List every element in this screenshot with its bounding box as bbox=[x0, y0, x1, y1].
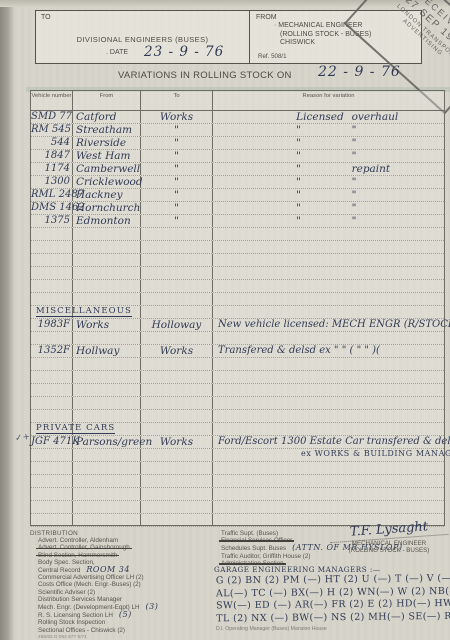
cell-from bbox=[73, 241, 141, 253]
cell-vehicle bbox=[31, 332, 73, 344]
cell-from: Hornchurch bbox=[73, 202, 141, 214]
table-row: DMS 1462Hornchurch""" bbox=[31, 202, 444, 215]
cell-to: " bbox=[141, 189, 213, 201]
cell-vehicle bbox=[31, 371, 73, 383]
cell-from: West Ham bbox=[73, 150, 141, 162]
cell-from: Hollway bbox=[73, 345, 141, 357]
table-row bbox=[31, 332, 444, 345]
reason-continuation: ex WORKS & BUILDING MANAGER bbox=[301, 448, 450, 460]
cell-to bbox=[141, 501, 213, 513]
form-title: VARIATIONS IN ROLLING STOCK ON bbox=[118, 70, 292, 81]
cell-reason: New vehicle licensed: MECH ENGR (R/STOCK… bbox=[213, 319, 444, 331]
cell-to: " bbox=[141, 124, 213, 136]
reason-part-b: " bbox=[352, 176, 357, 188]
cell-from bbox=[73, 475, 141, 487]
cell-to: " bbox=[141, 163, 213, 175]
header-divider bbox=[249, 11, 250, 63]
cell-from bbox=[73, 397, 141, 409]
distribution-list-left: DISTRIBUTIONAdvert. Controller, Aldenham… bbox=[30, 530, 215, 640]
cell-from bbox=[73, 371, 141, 383]
cell-vehicle bbox=[31, 449, 73, 461]
cell-vehicle: RML 2487 bbox=[31, 189, 73, 201]
table-row bbox=[31, 228, 444, 241]
cell-from bbox=[73, 267, 141, 279]
cell-vehicle: 1352F bbox=[31, 345, 73, 357]
cell-to bbox=[141, 449, 213, 461]
cell-to bbox=[141, 423, 213, 435]
distribution-item-text: Commercial Advertising Officer LH (2) bbox=[38, 574, 144, 581]
cell-reason: "" bbox=[213, 215, 444, 227]
header-reason: Reason for variation bbox=[213, 91, 444, 110]
cell-reason bbox=[213, 488, 444, 500]
table-row bbox=[31, 267, 444, 280]
cell-to: Works bbox=[141, 436, 213, 448]
cell-vehicle bbox=[31, 267, 73, 279]
cell-to bbox=[141, 371, 213, 383]
section-heading: MISCELLANEOUS bbox=[36, 306, 132, 317]
cell-reason: Licensedoverhaul bbox=[213, 111, 444, 123]
cell-vehicle: 1300 bbox=[31, 176, 73, 188]
table-row bbox=[31, 358, 444, 371]
distribution-item-text: 455/63 D 054 677 5/71 bbox=[38, 635, 87, 640]
reason-part-a: " bbox=[296, 163, 301, 175]
cell-vehicle: 544 bbox=[31, 137, 73, 149]
cell-vehicle bbox=[31, 358, 73, 370]
cell-vehicle bbox=[31, 254, 73, 266]
cell-to bbox=[141, 488, 213, 500]
reason-part-b: " bbox=[352, 137, 357, 149]
cell-vehicle bbox=[31, 280, 73, 292]
reason-part-b: " bbox=[352, 215, 357, 227]
reason-part-a: " bbox=[296, 189, 301, 201]
cell-vehicle bbox=[31, 384, 73, 396]
distribution-item-text: Central Record bbox=[38, 567, 80, 574]
cell-reason bbox=[213, 371, 444, 383]
reason-part-b: repaint bbox=[352, 163, 391, 175]
cell-from: Catford bbox=[73, 111, 141, 123]
garage-code-line: TL (2) NX (—) BW(—) NS (2) MH(—) SE(—) R… bbox=[216, 610, 450, 625]
distribution-item-text: DISTRIBUTION bbox=[30, 530, 78, 537]
cell-to: Works bbox=[141, 345, 213, 357]
reason-part-b: " bbox=[352, 202, 357, 214]
table-row: 1300Cricklewood""" bbox=[31, 176, 444, 189]
reason-part-a: " bbox=[296, 137, 301, 149]
cell-from bbox=[73, 514, 141, 526]
cell-from bbox=[73, 293, 141, 305]
cell-reason bbox=[213, 462, 444, 474]
cell-to: " bbox=[141, 176, 213, 188]
table-row bbox=[31, 488, 444, 501]
cell-vehicle: 1174 bbox=[31, 163, 73, 175]
cell-to bbox=[141, 384, 213, 396]
cell-reason bbox=[213, 384, 444, 396]
cell-vehicle bbox=[31, 241, 73, 253]
cell-to bbox=[141, 267, 213, 279]
distribution-item: Commercial Advertising Officer LH (2) bbox=[30, 574, 215, 581]
cell-from: Riverside bbox=[73, 137, 141, 149]
cell-from bbox=[73, 410, 141, 422]
table-row: ex WORKS & BUILDING MANAGER bbox=[31, 449, 444, 462]
table-row: RML 2487Hackney""" bbox=[31, 189, 444, 202]
reason-part-a: Licensed bbox=[296, 111, 344, 123]
table-row bbox=[31, 501, 444, 514]
table-row bbox=[31, 475, 444, 488]
cell-to: " bbox=[141, 137, 213, 149]
reason-part-a: " bbox=[296, 124, 301, 136]
cell-vehicle bbox=[31, 475, 73, 487]
date-handwritten: 23 - 9 - 76 bbox=[144, 44, 224, 60]
cell-vehicle bbox=[31, 514, 73, 526]
cell-from bbox=[73, 462, 141, 474]
cell-reason: ex WORKS & BUILDING MANAGER bbox=[213, 449, 444, 461]
table-row bbox=[31, 293, 444, 306]
reason-part-b: " bbox=[352, 189, 357, 201]
table-row: 544Riverside""" bbox=[31, 137, 444, 150]
cell-reason: "" bbox=[213, 124, 444, 136]
cell-from bbox=[73, 228, 141, 240]
cell-vehicle bbox=[31, 410, 73, 422]
reason-part-a: " bbox=[296, 202, 301, 214]
cell-from: Hackney bbox=[73, 189, 141, 201]
cell-to bbox=[141, 397, 213, 409]
cell-vehicle: RM 545 bbox=[31, 124, 73, 136]
cell-to bbox=[141, 475, 213, 487]
cell-reason bbox=[213, 332, 444, 344]
cell-reason bbox=[213, 293, 444, 305]
table-row bbox=[31, 384, 444, 397]
cell-to bbox=[141, 514, 213, 526]
cell-vehicle bbox=[31, 488, 73, 500]
table-row bbox=[31, 241, 444, 254]
cell-vehicle bbox=[31, 228, 73, 240]
table-row bbox=[31, 397, 444, 410]
table-row: 1847West Ham""" bbox=[31, 150, 444, 163]
table-row bbox=[31, 410, 444, 423]
distribution-item: Advert. Controller, Gainsborough bbox=[30, 544, 215, 551]
cell-from: Works bbox=[73, 319, 141, 331]
distribution-item-text: Scientific Adviser (2) bbox=[38, 589, 95, 596]
cell-reason bbox=[213, 358, 444, 370]
table-body: SMD 77CatfordWorksLicensedoverhaulRM 545… bbox=[31, 111, 444, 527]
table-row bbox=[31, 371, 444, 384]
distribution-item-text: Financial Services Officer bbox=[221, 537, 292, 544]
signatory-title-2: (ROLLING STOCK - BUSES) bbox=[330, 547, 448, 554]
distribution-item-text: Traffic Supt. (Buses) bbox=[221, 530, 278, 537]
cell-reason: "" bbox=[213, 150, 444, 162]
distribution-item-text: Distribution Services Manager bbox=[38, 596, 122, 603]
cell-to bbox=[141, 228, 213, 240]
header-from: From bbox=[73, 91, 141, 110]
table-row bbox=[31, 462, 444, 475]
distribution-item: Blind Section, Hammersmith bbox=[30, 552, 215, 559]
reason-full: New vehicle licensed: MECH ENGR (R/STOCK… bbox=[218, 319, 450, 331]
distribution-item: DISTRIBUTION bbox=[30, 530, 215, 537]
cell-to bbox=[141, 410, 213, 422]
distribution-item-text: Traffic Auditor, Griffith House (2) bbox=[221, 553, 310, 560]
cell-to bbox=[141, 254, 213, 266]
cell-to bbox=[141, 462, 213, 474]
form-title-date: 22 - 9 - 76 bbox=[318, 64, 401, 80]
signature-block: T.F. Lysaght MECHANICAL ENGINEER (ROLLIN… bbox=[330, 522, 448, 554]
cell-reason: "" bbox=[213, 202, 444, 214]
cell-reason bbox=[213, 254, 444, 266]
cell-from bbox=[73, 384, 141, 396]
cell-reason bbox=[213, 280, 444, 292]
distribution-item-text: Advert. Controller, Gainsborough bbox=[38, 544, 130, 551]
table-row: 1174Camberwell""repaint bbox=[31, 163, 444, 176]
cell-vehicle: 1847 bbox=[31, 150, 73, 162]
cell-reason: "" bbox=[213, 189, 444, 201]
variations-table: Vehicle number From To Reason for variat… bbox=[30, 90, 445, 526]
cell-vehicle bbox=[31, 293, 73, 305]
table-row: 1375Edmonton""" bbox=[31, 215, 444, 228]
header-to: To bbox=[141, 91, 213, 110]
handwritten-annotation: (3) bbox=[146, 602, 159, 611]
cell-to bbox=[141, 280, 213, 292]
table-row bbox=[31, 254, 444, 267]
cell-vehicle: DMS 1462 bbox=[31, 202, 73, 214]
cell-reason: Transfered & delsd ex " " ( " " )( bbox=[213, 345, 444, 357]
cell-reason bbox=[213, 397, 444, 409]
cell-reason bbox=[213, 423, 444, 435]
reason-full: Transfered & delsd ex " " ( " " )( bbox=[218, 345, 380, 357]
from-label: FROM bbox=[256, 14, 277, 21]
cell-reason bbox=[213, 410, 444, 422]
cell-to bbox=[141, 332, 213, 344]
scan-edge-left bbox=[0, 0, 14, 640]
reason-part-a: " bbox=[296, 215, 301, 227]
distribution-item: Central RecordROOM 34 bbox=[30, 566, 215, 574]
table-header-row: Vehicle number From To Reason for variat… bbox=[31, 91, 444, 111]
reason-part-b: " bbox=[352, 150, 357, 162]
distribution-item: R. S. Licensing Section LH(5) bbox=[30, 611, 215, 619]
scanned-document-page: TO DIVISIONAL ENGINEERS (BUSES) . DATE 2… bbox=[0, 0, 450, 640]
cell-from bbox=[73, 332, 141, 344]
cell-reason bbox=[213, 475, 444, 487]
distribution-item: Rolling Stock Inspection bbox=[30, 619, 215, 626]
distribution-item-text: Schedules Supt. Buses bbox=[221, 545, 286, 552]
cell-from bbox=[73, 254, 141, 266]
header-vehicle-number: Vehicle number bbox=[31, 91, 73, 110]
cell-reason: Ford/Escort 1300 Estate Car transfered &… bbox=[213, 436, 444, 448]
cell-from: Cricklewood bbox=[73, 176, 141, 188]
cell-from bbox=[73, 280, 141, 292]
distribution-item-text: R. S. Licensing Section LH bbox=[38, 612, 113, 619]
cell-to: Holloway bbox=[141, 319, 213, 331]
garage-codes-block: G (2) BN (2) PM (—) HT (2) U (—) T (—) V… bbox=[216, 573, 450, 626]
cell-to bbox=[141, 293, 213, 305]
garage-managers-heading: GARAGE ENGINEERING MANAGERS :— bbox=[214, 565, 381, 574]
cell-from: Edmonton bbox=[73, 215, 141, 227]
cell-to: Works bbox=[141, 111, 213, 123]
distribution-item-text: Rolling Stock Inspection bbox=[38, 619, 105, 626]
margin-annotation: ✓+ bbox=[14, 432, 30, 444]
cell-from: Parsons/green bbox=[73, 436, 141, 448]
cell-vehicle bbox=[31, 501, 73, 513]
from-line-3: CHISWICK bbox=[280, 39, 315, 46]
distribution-item: Distribution Services Manager bbox=[30, 596, 215, 603]
cell-reason bbox=[213, 228, 444, 240]
table-row: RM 545Streatham""" bbox=[31, 124, 444, 137]
cell-to bbox=[141, 306, 213, 318]
cell-to bbox=[141, 241, 213, 253]
reason-part-a: " bbox=[296, 176, 301, 188]
cell-vehicle: 1375 bbox=[31, 215, 73, 227]
cell-vehicle: JGF 471K bbox=[31, 436, 73, 448]
cell-reason: "repaint bbox=[213, 163, 444, 175]
cell-from: Camberwell bbox=[73, 163, 141, 175]
distribution-item: Costs Office (Mech. Engr.-Buses) (2) bbox=[30, 581, 215, 588]
cell-from bbox=[73, 449, 141, 461]
reference-number: Ref. 508/1 bbox=[258, 53, 287, 60]
cell-to: " bbox=[141, 150, 213, 162]
distribution-item-text: Blind Section, Hammersmith bbox=[38, 552, 117, 559]
cell-vehicle: SMD 77 bbox=[31, 111, 73, 123]
distribution-item: Scientific Adviser (2) bbox=[30, 589, 215, 596]
reason-part-b: " bbox=[352, 124, 357, 136]
handwritten-annotation: ROOM 34 bbox=[86, 565, 130, 574]
to-label: TO bbox=[41, 14, 51, 21]
cell-reason bbox=[213, 267, 444, 279]
cell-from bbox=[73, 358, 141, 370]
reason-part-b: overhaul bbox=[352, 111, 399, 123]
cell-vehicle: 1983F bbox=[31, 319, 73, 331]
cell-from bbox=[73, 488, 141, 500]
bottom-note: D.l. Operating Manager (Buses) Mansion H… bbox=[216, 626, 327, 632]
table-row: PRIVATE CARS bbox=[31, 423, 444, 436]
to-value: DIVISIONAL ENGINEERS (BUSES) bbox=[36, 35, 249, 44]
section-heading: PRIVATE CARS bbox=[36, 423, 115, 434]
reason-full: Ford/Escort 1300 Estate Car transfered &… bbox=[218, 436, 450, 448]
cell-to: " bbox=[141, 202, 213, 214]
table-row: MISCELLANEOUS bbox=[31, 306, 444, 319]
table-row: SMD 77CatfordWorksLicensedoverhaul bbox=[31, 111, 444, 124]
distribution-item: Sectional Offices - Chiswick (2) bbox=[30, 627, 215, 634]
handwritten-annotation: (5) bbox=[119, 610, 132, 619]
date-label: . DATE bbox=[106, 49, 128, 56]
cell-to bbox=[141, 358, 213, 370]
table-row bbox=[31, 280, 444, 293]
cell-reason: "" bbox=[213, 176, 444, 188]
reason-part-a: " bbox=[296, 150, 301, 162]
cell-to: " bbox=[141, 215, 213, 227]
cell-vehicle bbox=[31, 397, 73, 409]
cell-reason: "" bbox=[213, 137, 444, 149]
cell-from bbox=[73, 501, 141, 513]
cell-reason bbox=[213, 306, 444, 318]
cell-reason bbox=[213, 501, 444, 513]
table-row: 1983FWorksHollowayNew vehicle licensed: … bbox=[31, 319, 444, 332]
cell-from: Streatham bbox=[73, 124, 141, 136]
distribution-item-text: Sectional Offices - Chiswick (2) bbox=[38, 627, 125, 634]
distribution-item: 455/63 D 054 677 5/71 bbox=[30, 634, 215, 640]
cell-vehicle bbox=[31, 462, 73, 474]
cell-reason bbox=[213, 241, 444, 253]
distribution-item-text: Costs Office (Mech. Engr.-Buses) (2) bbox=[38, 581, 141, 588]
table-row: 1352FHollwayWorksTransfered & delsd ex "… bbox=[31, 345, 444, 358]
